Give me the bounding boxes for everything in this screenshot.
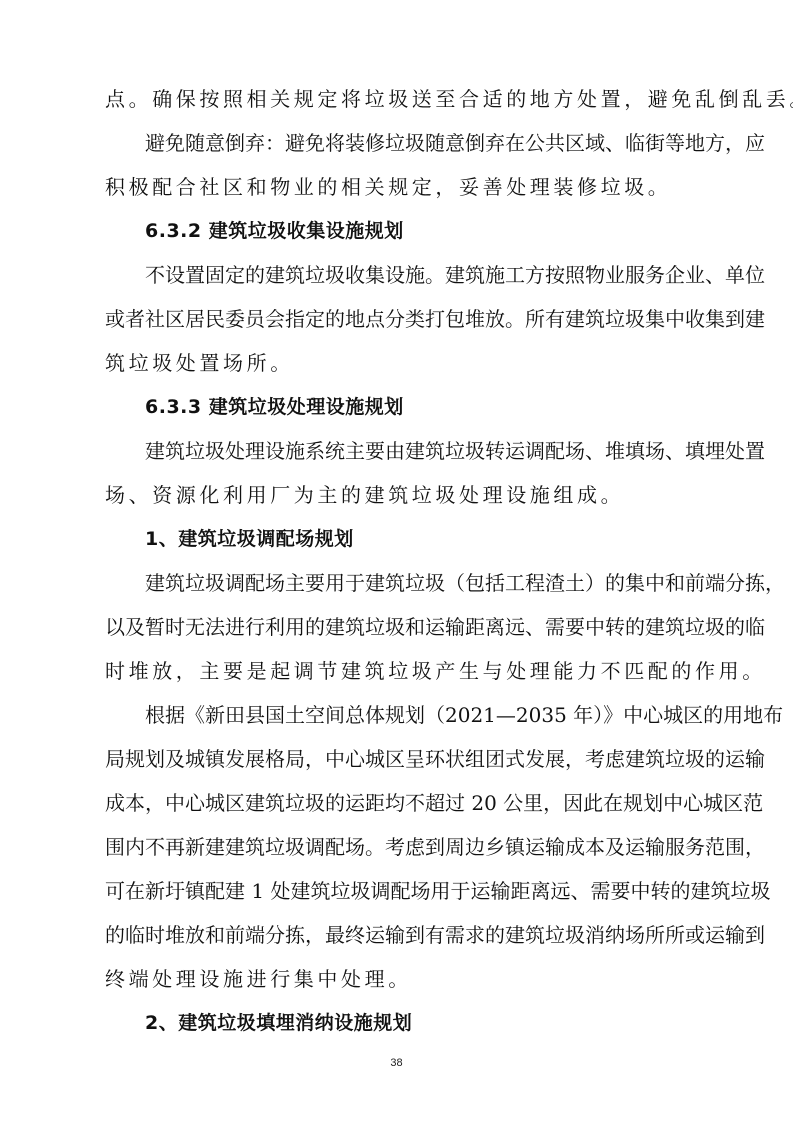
paragraph-line: 建筑垃圾处理设施系统主要由建筑垃圾转运调配场、堆填场、填埋处置 bbox=[145, 436, 719, 466]
paragraph-line: 或者社区居民委员会指定的地点分类打包堆放。所有建筑垃圾集中收集到建 bbox=[105, 304, 719, 334]
paragraph-line: 筑垃圾处置场所。 bbox=[105, 348, 294, 378]
paragraph-line: 点。确保按照相关规定将垃圾送至合适的地方处置，避免乱倒乱丢。 bbox=[105, 84, 793, 114]
paragraph-line: 的临时堆放和前端分拣，最终运输到有需求的建筑垃圾消纳场所所或运输到 bbox=[105, 920, 719, 950]
paragraph-line: 根据《新田县国土空间总体规划（2021—2035 年）》中心城区的用地布 bbox=[145, 700, 719, 730]
paragraph-line: 可在新圩镇配建 1 处建筑垃圾调配场用于运输距离远、需要中转的建筑垃圾 bbox=[105, 876, 719, 906]
page-number: 38 bbox=[0, 1057, 793, 1069]
paragraph-line: 以及暂时无法进行利用的建筑垃圾和运输距离远、需要中转的建筑垃圾的临 bbox=[105, 612, 719, 642]
paragraph-line: 时堆放，主要是起调节建筑垃圾产生与处理能力不匹配的作用。 bbox=[105, 656, 766, 686]
paragraph-line: 围内不再新建建筑垃圾调配场。考虑到周边乡镇运输成本及运输服务范围， bbox=[105, 832, 719, 862]
section-heading: 1、建筑垃圾调配场规划 bbox=[145, 524, 354, 554]
paragraph-line: 局规划及城镇发展格局，中心城区呈环状组团式发展，考虑建筑垃圾的运输 bbox=[105, 744, 719, 774]
paragraph-line: 避免随意倒弃：避免将装修垃圾随意倒弃在公共区域、临街等地方，应 bbox=[145, 128, 719, 158]
paragraph-line: 积极配合社区和物业的相关规定，妥善处理装修垃圾。 bbox=[105, 172, 671, 202]
section-heading: 6.3.3 建筑垃圾处理设施规划 bbox=[145, 392, 404, 422]
section-heading: 2、建筑垃圾填埋消纳设施规划 bbox=[145, 1008, 412, 1038]
paragraph-line: 终端处理设施进行集中处理。 bbox=[105, 964, 412, 994]
paragraph-line: 不设置固定的建筑垃圾收集设施。建筑施工方按照物业服务企业、单位 bbox=[145, 260, 719, 290]
section-heading: 6.3.2 建筑垃圾收集设施规划 bbox=[145, 216, 404, 246]
paragraph-line: 建筑垃圾调配场主要用于建筑垃圾（包括工程渣土）的集中和前端分拣， bbox=[145, 568, 719, 598]
paragraph-line: 场、资源化利用厂为主的建筑垃圾处理设施组成。 bbox=[105, 480, 624, 510]
paragraph-line: 成本，中心城区建筑垃圾的运距均不超过 20 公里，因此在规划中心城区范 bbox=[105, 788, 719, 818]
